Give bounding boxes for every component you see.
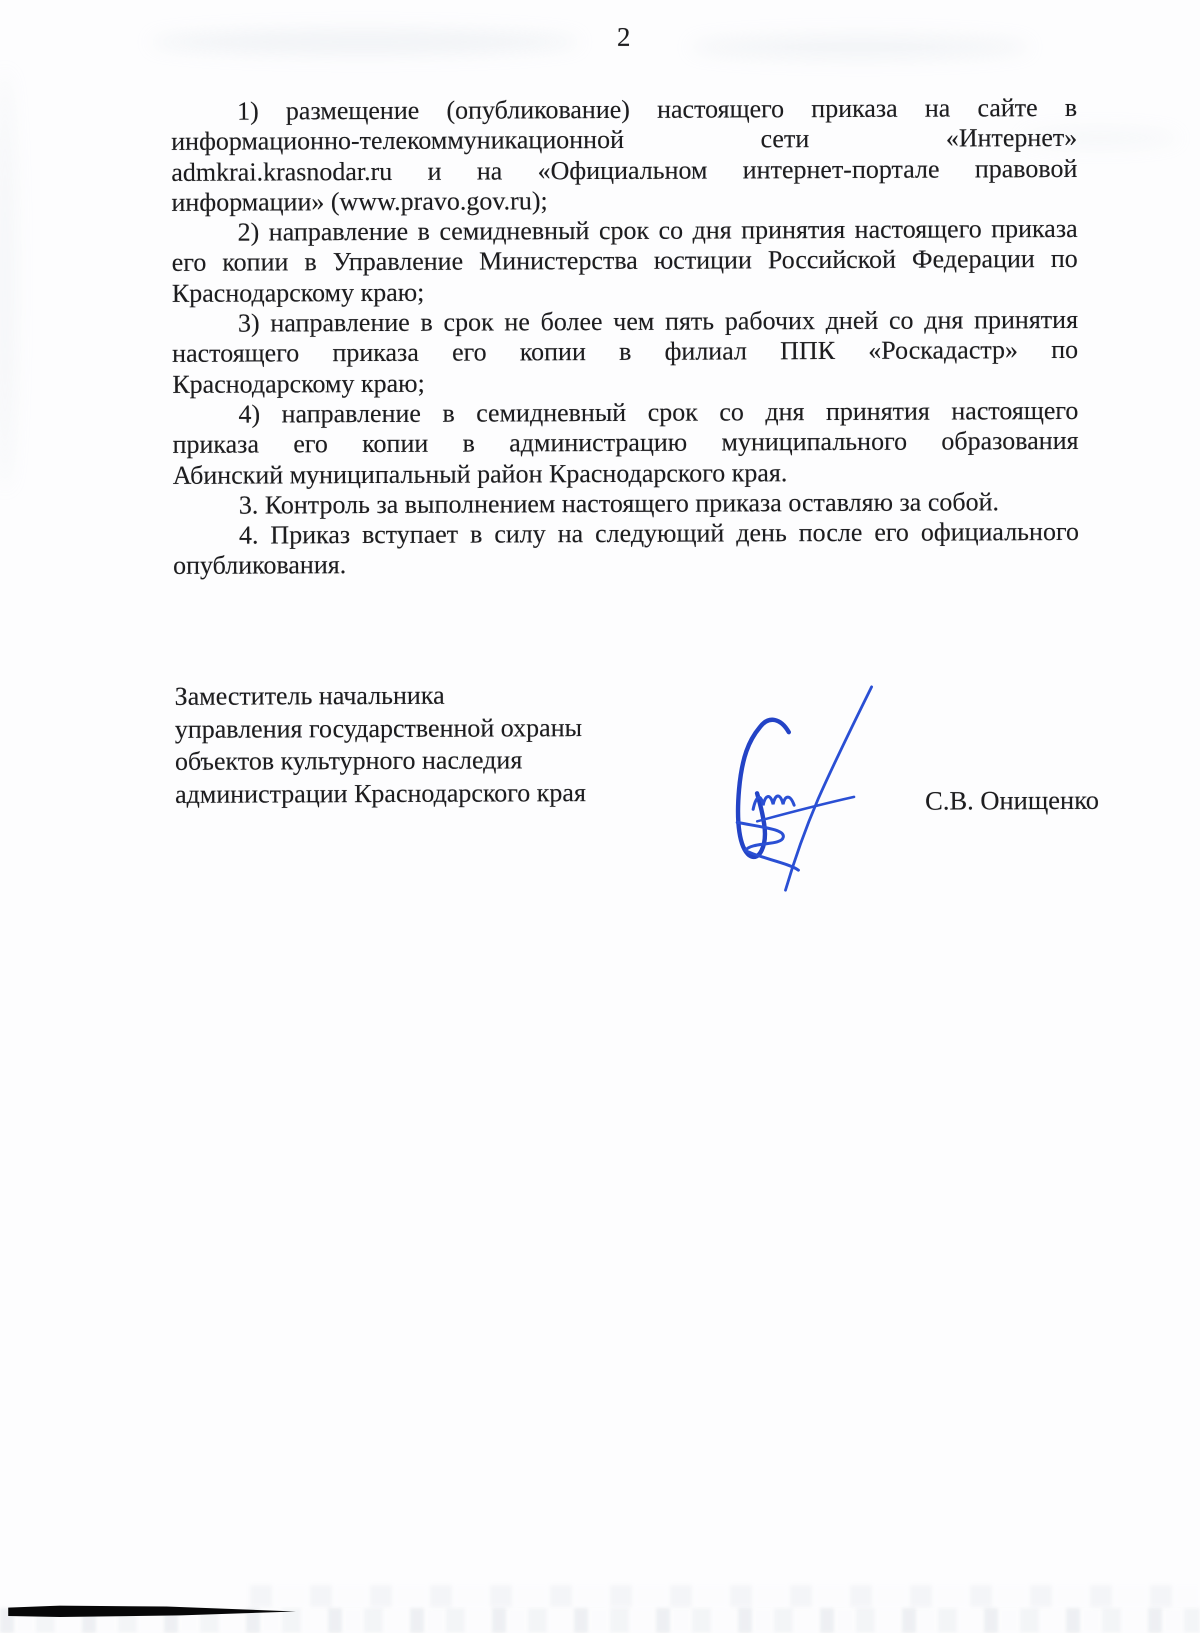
body-line: 2) направление в семидневный срок со дня… xyxy=(172,214,1078,248)
body-line: 3. Контроль за выполнением настоящего пр… xyxy=(173,487,1079,521)
clause-3: 3. Контроль за выполнением настоящего пр… xyxy=(173,487,1079,521)
signatory-position-line: Заместитель начальника xyxy=(175,679,586,713)
order-body-text: 1) размещение (опубликование) настоящего… xyxy=(171,93,1079,582)
body-line: опубликования. xyxy=(173,547,1079,581)
list-item-1: 1) размещение (опубликование) настоящего… xyxy=(171,93,1078,218)
signatory-name: С.В. Онищенко xyxy=(925,785,1099,817)
body-line: 4) направление в семидневный срок со дня… xyxy=(172,396,1078,430)
signatory-position: Заместитель начальника управления госуда… xyxy=(175,679,586,811)
list-item-2: 2) направление в семидневный срок со дня… xyxy=(172,214,1078,309)
body-line: 1) размещение (опубликование) настоящего… xyxy=(171,93,1077,127)
signatory-position-line: управления государственной охраны xyxy=(175,712,586,746)
signatory-position-line: объектов культурного наследия xyxy=(175,744,586,778)
scanned-document-page: 2 1) размещение (опубликование) настояще… xyxy=(0,0,1200,1633)
body-line: информации» (www.pravo.gov.ru); xyxy=(171,184,1077,218)
body-line: admkrai.krasnodar.ru и на «Официальном и… xyxy=(171,154,1077,188)
body-line: его копии в Управление Министерства юсти… xyxy=(172,244,1078,278)
list-item-4: 4) направление в семидневный срок со дня… xyxy=(172,396,1078,491)
document-content: 2 1) размещение (опубликование) настояще… xyxy=(0,0,1200,1633)
body-line: 3) направление в срок не более чем пять … xyxy=(172,305,1078,339)
body-line: 4. Приказ вступает в силу на следующий д… xyxy=(173,517,1079,551)
body-line: Краснодарскому краю; xyxy=(172,275,1078,309)
body-line: Краснодарскому краю; xyxy=(172,366,1078,400)
list-item-3: 3) направление в срок не более чем пять … xyxy=(172,305,1078,400)
scan-smudge xyxy=(250,1585,1200,1607)
body-line: Абинский муниципальный район Краснодарск… xyxy=(173,456,1079,490)
clause-4: 4. Приказ вступает в силу на следующий д… xyxy=(173,517,1079,582)
signatory-position-line: администрации Краснодарского края xyxy=(175,777,586,811)
body-line: настоящего приказа его копии в филиал ПП… xyxy=(172,335,1078,369)
body-line: информационно-телекоммуникационной сети … xyxy=(171,123,1077,157)
handwritten-signature-icon xyxy=(676,639,892,908)
body-line: приказа его копии в администрацию муници… xyxy=(172,426,1078,460)
page-number: 2 xyxy=(171,20,1077,55)
